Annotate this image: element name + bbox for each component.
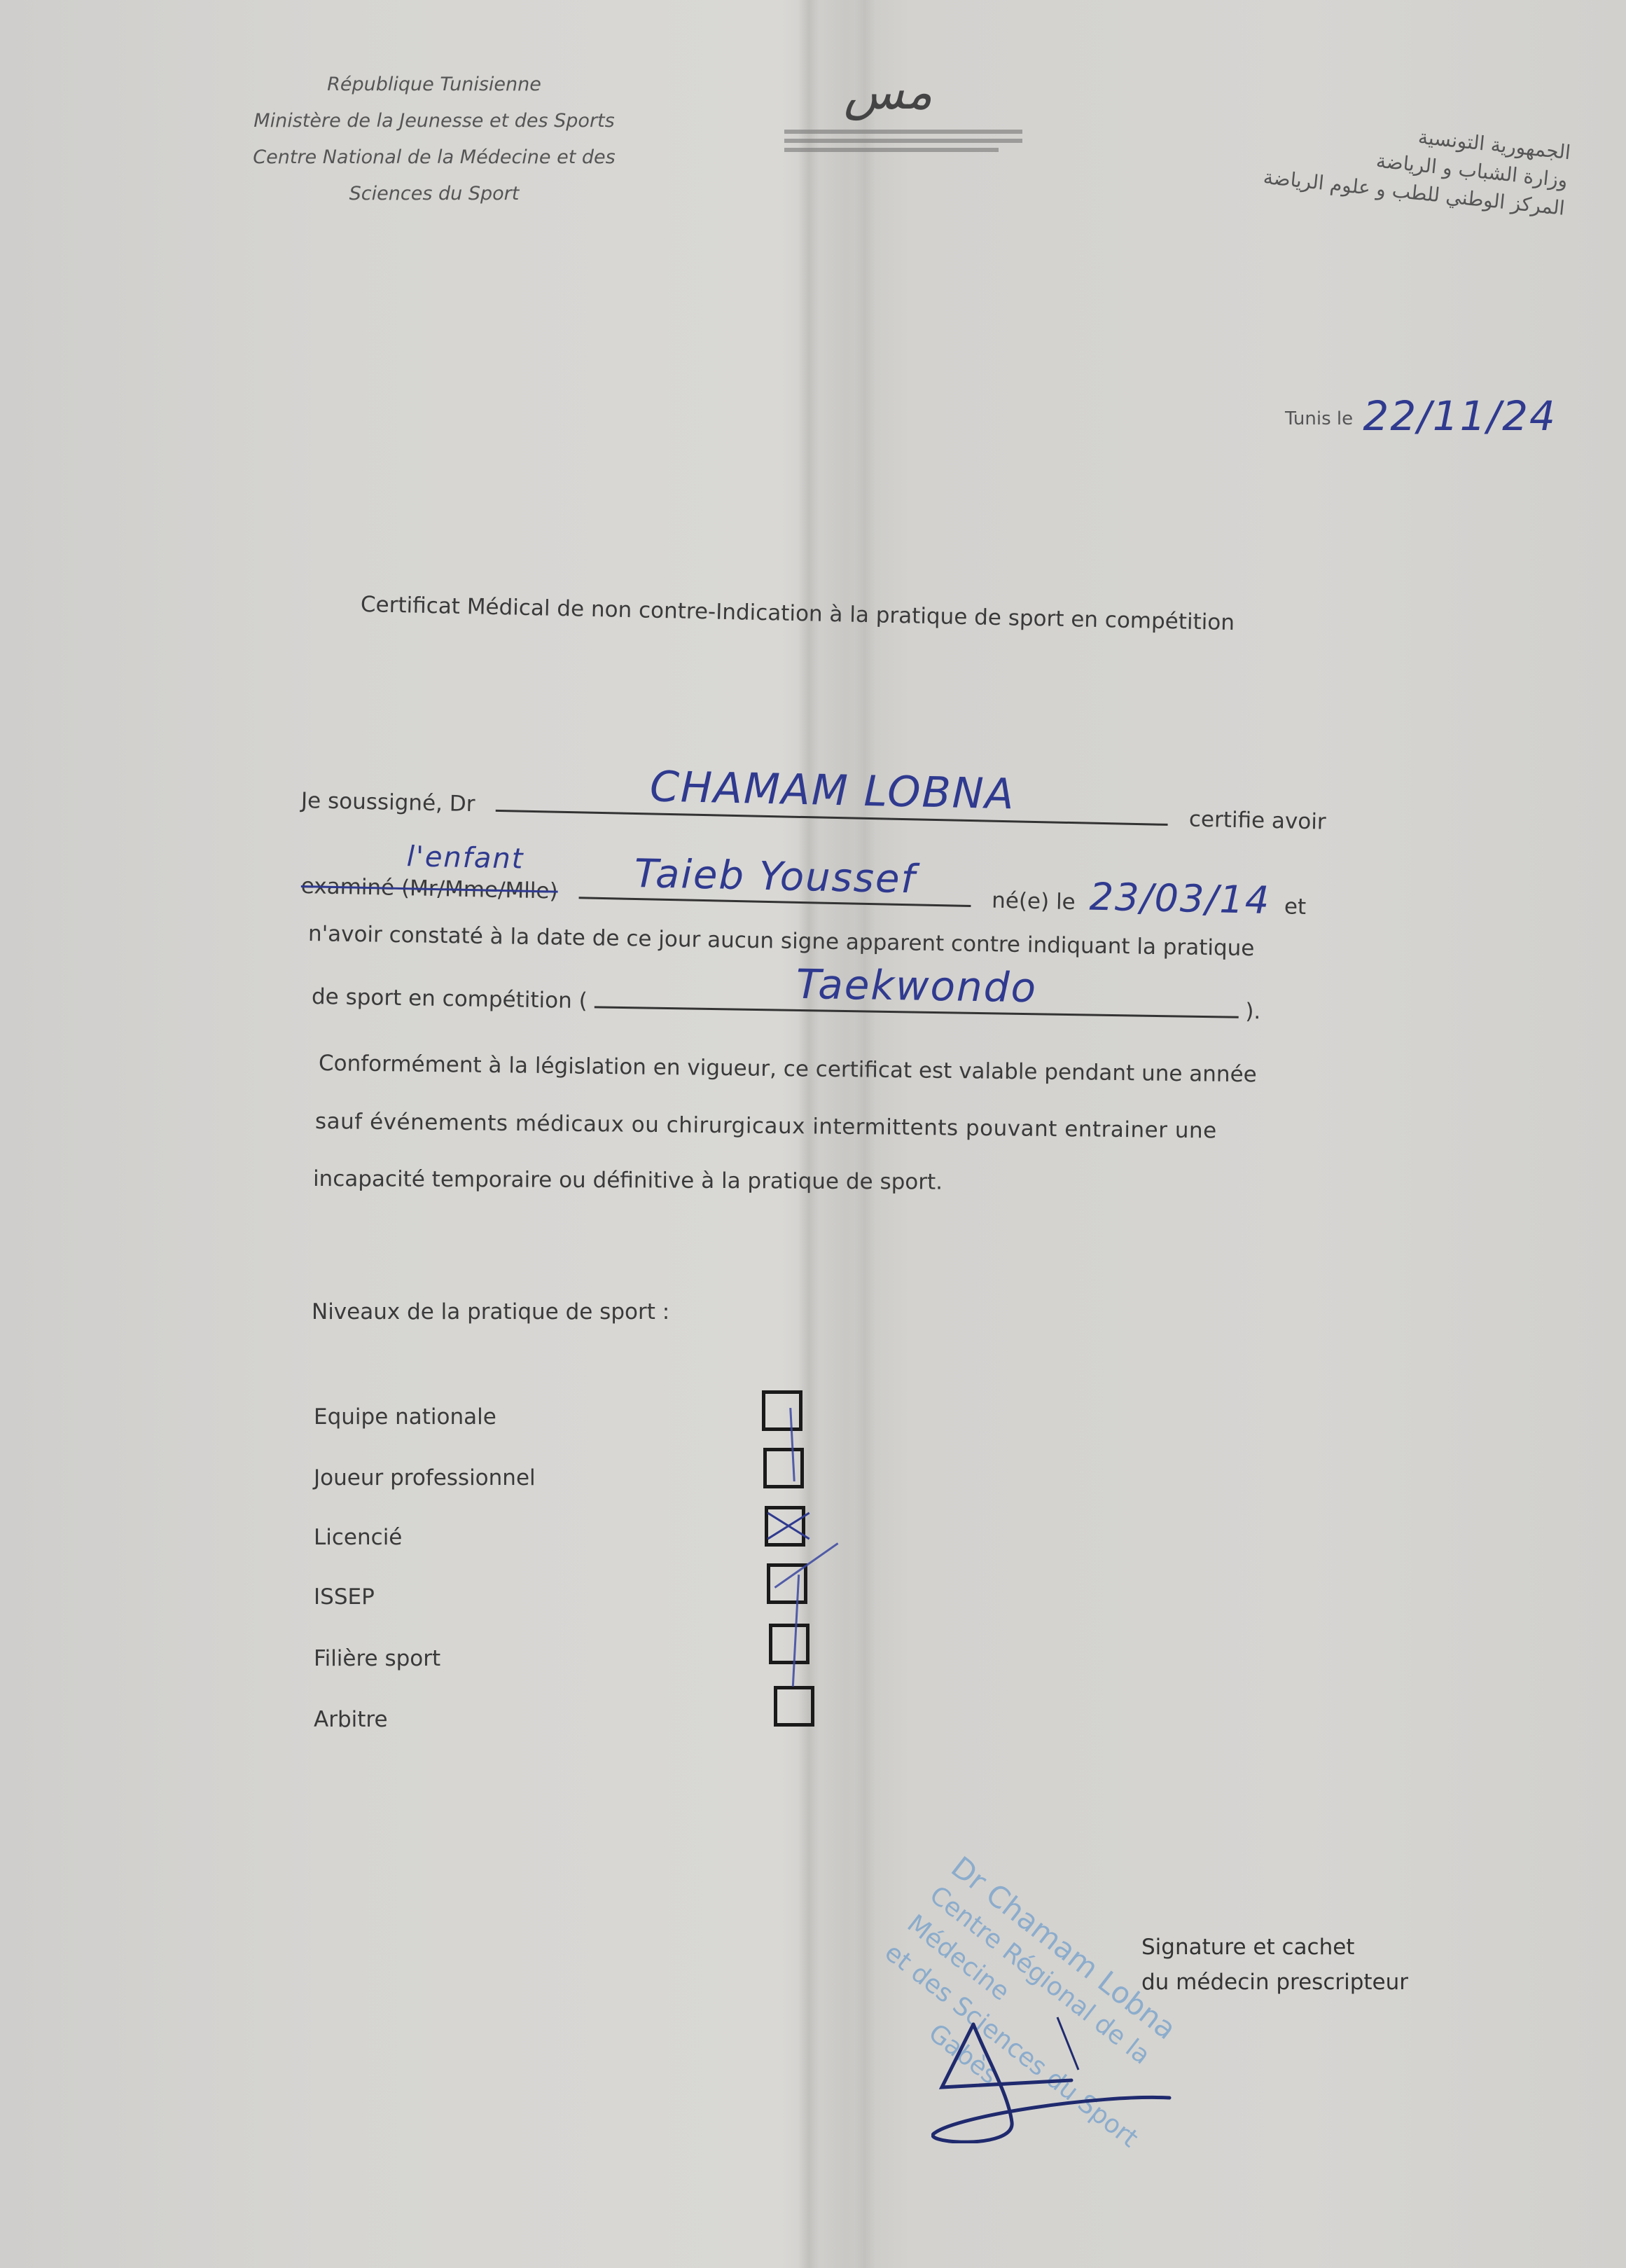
line2-suffix: et <box>1284 894 1307 920</box>
header-line: Sciences du Sport <box>189 176 679 212</box>
level-row-arbitre: Arbitre <box>314 1707 388 1732</box>
document-title: Certificat Médical de non contre-Indicat… <box>361 592 1572 642</box>
level-label: Arbitre <box>314 1707 388 1732</box>
sport-value: Taekwondo <box>595 957 1239 1014</box>
header-line: République Tunisienne <box>189 67 679 103</box>
checkbox-arbitre[interactable] <box>774 1686 814 1727</box>
header-institution: République Tunisienne Ministère de la Je… <box>189 67 679 212</box>
line4-prefix: de sport en compétition ( <box>312 984 588 1014</box>
line2-prefix: examiné (Mr/Mme/Mlle) <box>300 873 558 904</box>
line1-suffix: certifie avoir <box>1189 807 1326 835</box>
date-label: Tunis le <box>1285 408 1353 429</box>
header-institution-arabic: الجمهورية التونسية وزارة الشباب و الرياض… <box>1187 99 1572 223</box>
checkbox-equipe-nationale[interactable] <box>762 1390 802 1431</box>
date-value[interactable]: 22/11/24 <box>1363 392 1557 440</box>
line4-suffix: ). <box>1245 999 1261 1024</box>
sport-line: de sport en compétition ( Taekwondo ). <box>312 984 1261 1024</box>
signature-label-line: Signature et cachet <box>1141 1930 1408 1965</box>
born-label: né(e) le <box>992 888 1076 915</box>
level-label: ISSEP <box>314 1584 375 1610</box>
level-row-licencie: Licencié <box>314 1525 402 1550</box>
validity-paragraph-line: sauf événements médicaux ou chirurgicaux… <box>315 1109 1217 1143</box>
levels-title: Niveaux de la pratique de sport : <box>312 1299 669 1325</box>
doctor-signature <box>931 2003 1295 2143</box>
level-row-equipe-nationale: Equipe nationale <box>314 1404 496 1430</box>
statement-line: n'avoir constaté à la date de ce jour au… <box>308 921 1255 961</box>
level-label: Equipe nationale <box>314 1404 496 1430</box>
validity-paragraph-line: Conformément à la législation en vigueur… <box>319 1051 1257 1087</box>
patient-name-field[interactable]: Taieb Youssef <box>578 897 971 907</box>
level-row-issep: ISSEP <box>314 1584 375 1610</box>
header-line: Centre National de la Médecine et des <box>189 139 679 176</box>
level-label: Joueur professionnel <box>314 1465 536 1491</box>
date-field: Tunis le 22/11/24 <box>1285 392 1557 440</box>
patient-name-value: Taieb Youssef <box>578 850 971 904</box>
level-label: Filière sport <box>314 1646 440 1671</box>
sport-field[interactable]: Taekwondo <box>594 1006 1238 1018</box>
validity-paragraph-line: incapacité temporaire ou définitive à la… <box>313 1166 943 1195</box>
line1-prefix: Je soussigné, Dr <box>301 788 475 817</box>
level-row-joueur-professionnel: Joueur professionnel <box>314 1465 536 1491</box>
header-line: Ministère de la Jeunesse et des Sports <box>189 103 679 139</box>
ministry-logo-icon: ﻣﺲ <box>777 63 1043 161</box>
checkbox-joueur-professionnel[interactable] <box>763 1448 804 1488</box>
level-label: Licencié <box>314 1525 402 1550</box>
checkbox-licencie[interactable] <box>765 1506 805 1547</box>
doctor-name-field[interactable]: CHAMAM LOBNA <box>496 810 1168 826</box>
title-correction: l'enfant <box>406 841 524 876</box>
checkbox-filiere-sport[interactable] <box>769 1624 809 1664</box>
level-row-filiere-sport: Filière sport <box>314 1646 440 1671</box>
signature-label: Signature et cachet du médecin prescript… <box>1141 1930 1408 2000</box>
doctor-name-value: CHAMAM LOBNA <box>496 759 1169 822</box>
signature-label-line: du médecin prescripteur <box>1141 1965 1408 2000</box>
birth-date-value[interactable]: 23/03/14 <box>1089 875 1271 922</box>
